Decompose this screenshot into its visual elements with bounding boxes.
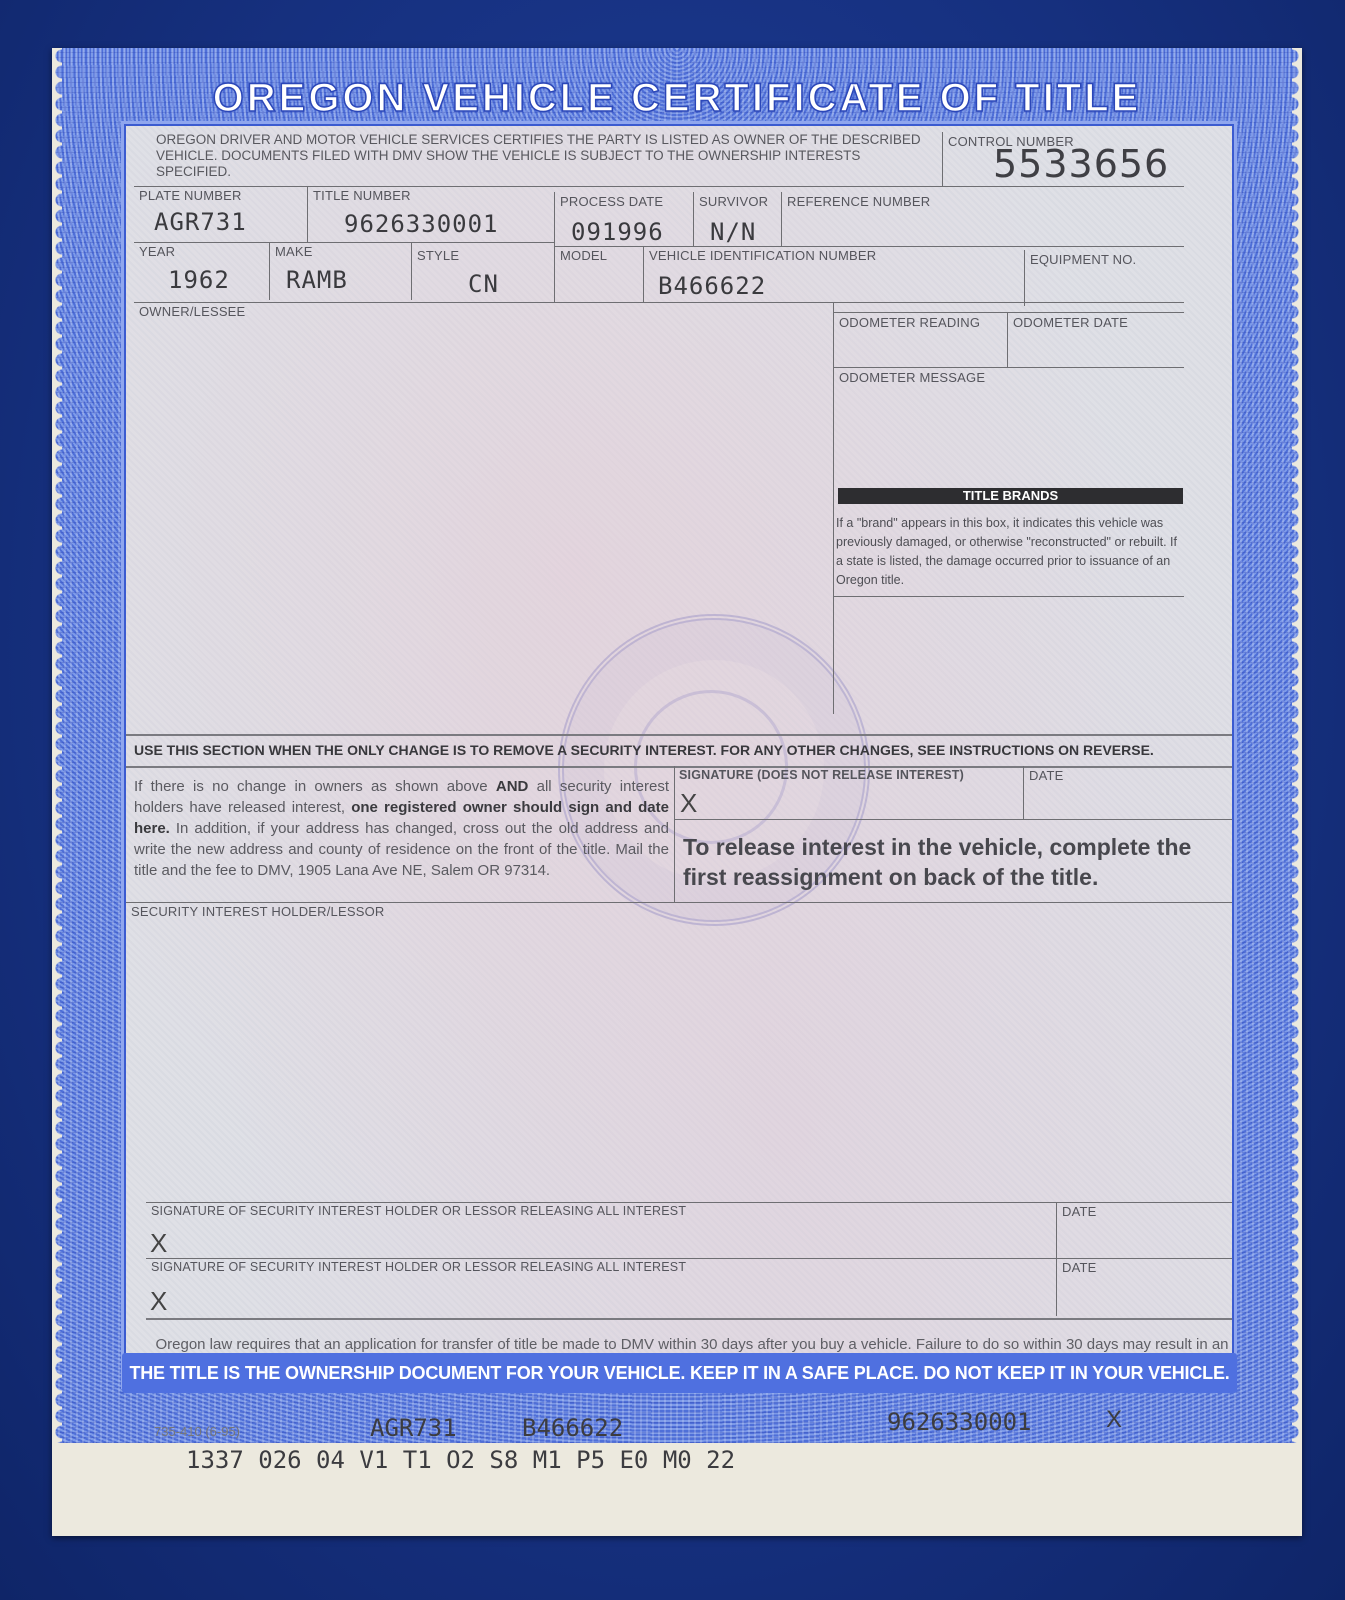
title-number-cell: TITLE NUMBER 9626330001 [308, 186, 554, 242]
stub-mark: X [1106, 1406, 1122, 1434]
release-note: To release interest in the vehicle, comp… [683, 832, 1223, 892]
make: RAMB [286, 266, 348, 294]
process-date: 091996 [571, 218, 664, 246]
process-date-cell: PROCESS DATE 091996 [554, 192, 694, 246]
owner-signature-field[interactable]: SIGNATURE (DOES NOT RELEASE INTEREST) X [674, 766, 1024, 820]
vin: B466622 [658, 272, 766, 300]
control-number: 5533656 [993, 142, 1169, 186]
certification-text: OREGON DRIVER AND MOTOR VEHICLE SERVICES… [156, 132, 926, 180]
title-brands-text: If a "brand" appears in this box, it ind… [836, 514, 1186, 590]
title-form: OREGON DRIVER AND MOTOR VEHICLE SERVICES… [124, 124, 1234, 1386]
style: CN [468, 270, 499, 298]
stub-vin: B466622 [522, 1414, 623, 1442]
year: 1962 [168, 266, 230, 294]
title-number: 9626330001 [344, 210, 499, 238]
style-cell: STYLE CN [412, 246, 554, 300]
release-date-2[interactable]: DATE [1056, 1258, 1232, 1316]
security-holder-box: SECURITY INTEREST HOLDER/LESSOR [126, 902, 1232, 1202]
survivor-cell: SURVIVOR N/N [694, 192, 782, 246]
stub-codes: 1337 026 04 V1 T1 O2 S8 M1 P5 E0 M0 22 [186, 1446, 735, 1474]
ownership-banner: THE TITLE IS THE OWNERSHIP DOCUMENT FOR … [122, 1353, 1237, 1393]
survivor: N/N [710, 218, 756, 246]
equipment-no-cell: EQUIPMENT NO. [1024, 250, 1184, 306]
stub-title-number: 9626330001 [887, 1408, 1032, 1436]
stub-plate: AGR731 [370, 1414, 457, 1442]
owner-lessee-box: OWNER/LESSEE [134, 302, 834, 714]
year-cell: YEAR 1962 [134, 242, 270, 300]
vin-cell: VEHICLE IDENTIFICATION NUMBER B466622 [644, 246, 1024, 302]
release-signature-1[interactable]: SIGNATURE OF SECURITY INTEREST HOLDER OR… [146, 1202, 1056, 1258]
odometer-message-cell: ODOMETER MESSAGE [834, 368, 1184, 480]
release-date-1[interactable]: DATE [1056, 1202, 1232, 1258]
odometer-reading-cell: ODOMETER READING [834, 312, 1008, 368]
security-section-header: USE THIS SECTION WHEN THE ONLY CHANGE IS… [134, 742, 1224, 758]
release-signature-2[interactable]: SIGNATURE OF SECURITY INTEREST HOLDER OR… [146, 1258, 1056, 1316]
odometer-date-cell: ODOMETER DATE [1008, 312, 1184, 368]
model-cell: MODEL [554, 246, 644, 302]
control-number-cell: CONTROL NUMBER 5533656 [942, 132, 1182, 186]
owner-instructions: If there is no change in owners as shown… [134, 776, 669, 881]
reference-number-cell: REFERENCE NUMBER [782, 192, 1184, 246]
make-cell: MAKE RAMB [270, 242, 412, 300]
form-number: 735-410 (6-95) [154, 1424, 240, 1439]
plate-number: AGR731 [154, 208, 247, 236]
owner-date-field[interactable]: DATE [1024, 766, 1232, 820]
plate-number-cell: PLATE NUMBER AGR731 [134, 186, 308, 242]
decorative-border: OREGON VEHICLE CERTIFICATE OF TITLE OREG… [52, 48, 1302, 1443]
document-title: OREGON VEHICLE CERTIFICATE OF TITLE [52, 76, 1302, 121]
title-brands-header: TITLE BRANDS [838, 488, 1183, 504]
title-certificate: OREGON VEHICLE CERTIFICATE OF TITLE OREG… [52, 48, 1302, 1536]
sign-here-mark: X [680, 788, 697, 819]
